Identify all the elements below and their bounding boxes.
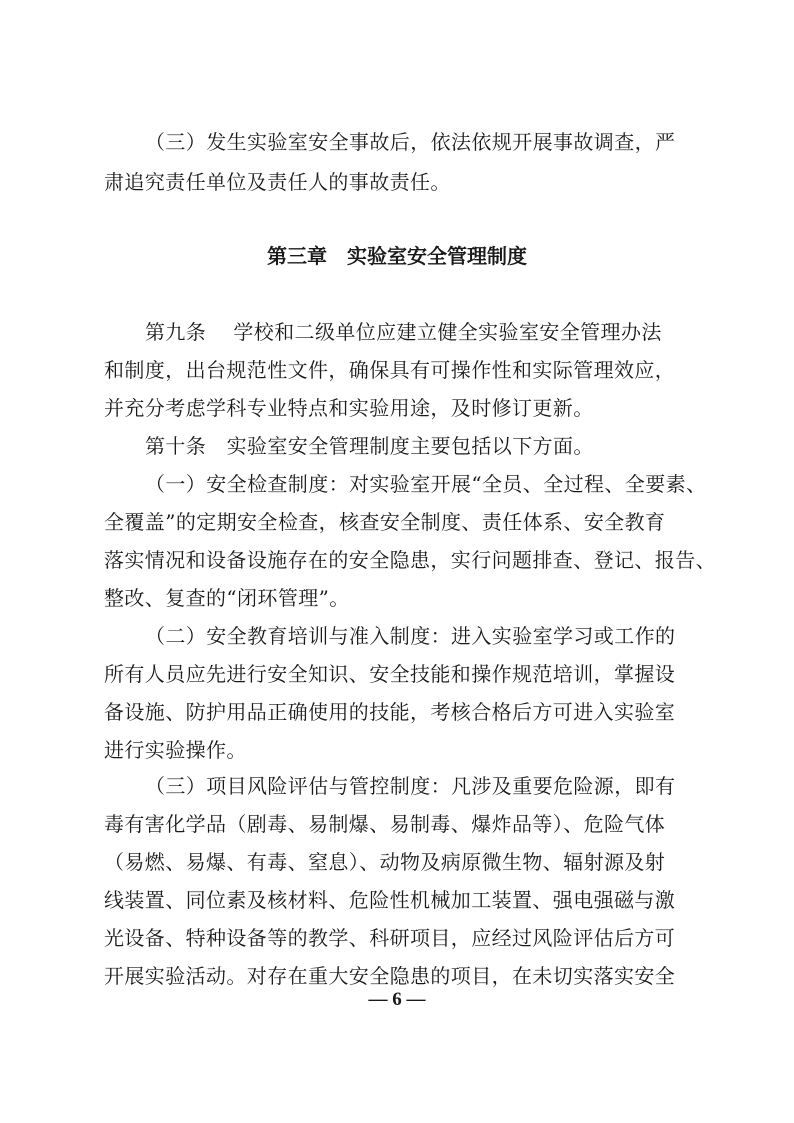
item-inspection-line: 整改、复查的“闭环管理”。	[104, 584, 350, 612]
item-training-line: 所有人员应先进行安全知识、安全技能和操作规范培训，掌握设	[104, 660, 675, 688]
item-risk-line: 光设备、特种设备等的教学、科研项目，应经过风险评估后方可	[104, 924, 675, 952]
item-inspection-line: （一）安全检查制度：对实验室开展“全员、全过程、全要素、	[145, 470, 706, 498]
document-page: （三）发生实验室安全事故后，依法依规开展事故调查，严 肃追究责任单位及责任人的事…	[0, 0, 794, 1123]
article-10-line: 第十条 实验室安全管理制度主要包括以下方面。	[145, 432, 594, 460]
article-9-line: 和制度，出台规范性文件，确保具有可操作性和实际管理效应，	[104, 356, 675, 384]
article-9-line: 并充分考虑学科专业特点和实验用途，及时修订更新。	[104, 394, 594, 422]
chapter-title: 第三章 实验室安全管理制度	[0, 242, 794, 270]
item-training-line: （二）安全教育培训与准入制度：进入实验室学习或工作的	[145, 622, 675, 650]
item-risk-line: 线装置、同位素及核材料、危险性机械加工装置、强电强磁与激	[104, 886, 675, 914]
article-9-line: 第九条 学校和二级单位应建立健全实验室安全管理办法	[145, 318, 662, 346]
item-inspection-line: 全覆盖”的定期安全检查，核查安全制度、责任体系、安全教育	[104, 508, 665, 536]
paragraph-line: （三）发生实验室安全事故后，依法依规开展事故调查，严	[145, 128, 675, 156]
paragraph-line: 肃追究责任单位及责任人的事故责任。	[104, 168, 451, 196]
item-risk-line: （易燃、易爆、有毒、窒息）、动物及病原微生物、辐射源及射	[104, 848, 665, 876]
item-risk-line: （三）项目风险评估与管控制度：凡涉及重要危险源，即有	[145, 772, 675, 800]
item-training-line: 备设施、防护用品正确使用的技能，考核合格后方可进入实验室	[104, 698, 675, 726]
page-number: — 6 —	[0, 988, 794, 1012]
item-risk-line: 毒有害化学品（剧毒、易制爆、易制毒、爆炸品等）、危险气体	[104, 810, 665, 838]
item-training-line: 进行实验操作。	[104, 736, 247, 764]
item-inspection-line: 落实情况和设备设施存在的安全隐患，实行问题排查、登记、报告、	[104, 546, 716, 574]
item-risk-line: 开展实验活动。对存在重大安全隐患的项目，在未切实落实安全	[104, 962, 675, 990]
